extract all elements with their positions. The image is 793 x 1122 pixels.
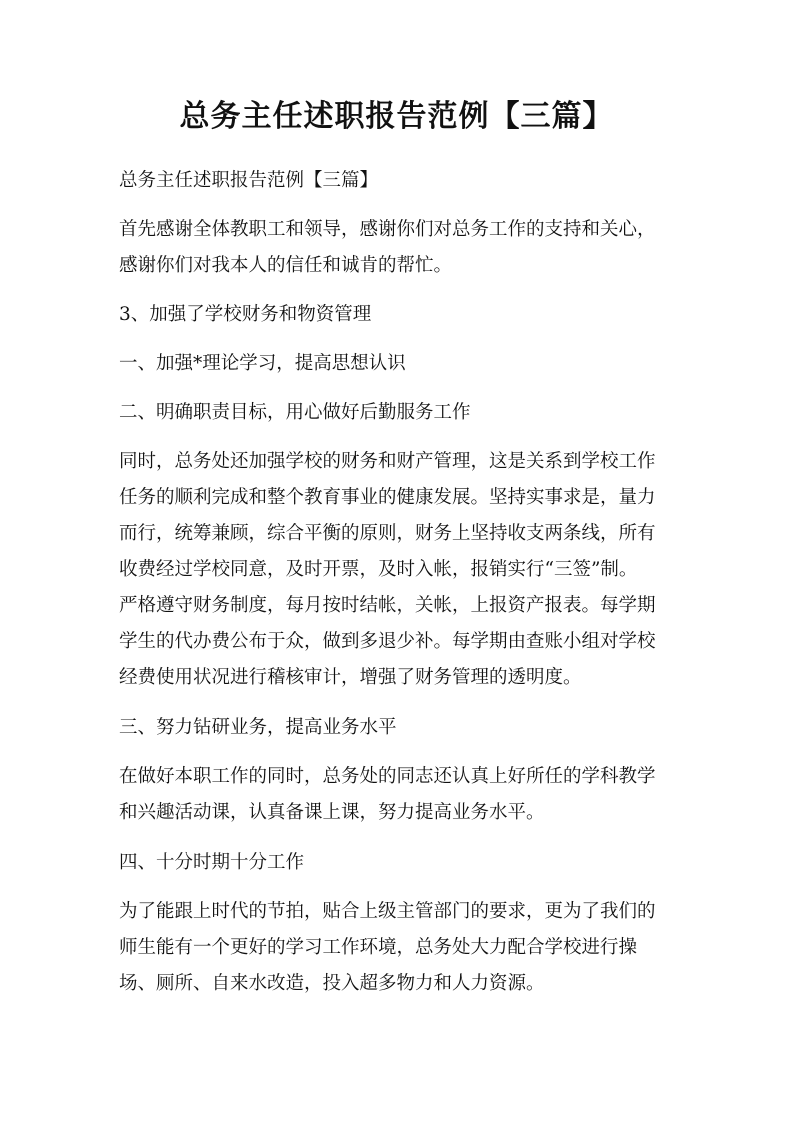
text-line: 经费使用状况进行稽核审计，增强了财务管理的透明度。 bbox=[119, 660, 679, 696]
paragraph-heading-finance: 3、加强了学校财务和物资管理 bbox=[119, 297, 679, 333]
text-line: 3、加强了学校财务和物资管理 bbox=[119, 297, 679, 333]
text-line: 为了能跟上时代的节拍，贴合上级主管部门的要求，更为了我们的 bbox=[119, 894, 679, 930]
text-line: 一、加强*理论学习，提高思想认识 bbox=[119, 346, 679, 382]
paragraph-environment: 为了能跟上时代的节拍，贴合上级主管部门的要求，更为了我们的 师生能有一个更好的学… bbox=[119, 894, 679, 1002]
text-line: 和兴趣活动课，认真备课上课，努力提高业务水平。 bbox=[119, 795, 679, 831]
text-line: 总务主任述职报告范例【三篇】 bbox=[119, 163, 679, 199]
text-line: 首先感谢全体教职工和领导，感谢你们对总务工作的支持和关心， bbox=[119, 212, 679, 248]
paragraph-thanks: 首先感谢全体教职工和领导，感谢你们对总务工作的支持和关心， 感谢你们对我本人的信… bbox=[119, 212, 679, 284]
text-line: 三、努力钻研业务，提高业务水平 bbox=[119, 710, 679, 746]
section-heading-1: 一、加强*理论学习，提高思想认识 bbox=[119, 346, 679, 382]
text-line: 收费经过学校同意，及时开票，及时入帐，报销实行“三签”制。 bbox=[119, 552, 679, 588]
document-title: 总务主任述职报告范例【三篇】 bbox=[0, 95, 793, 139]
section-heading-3: 三、努力钻研业务，提高业务水平 bbox=[119, 710, 679, 746]
text-line: 同时，总务处还加强学校的财务和财产管理，这是关系到学校工作 bbox=[119, 444, 679, 480]
document-subtitle: 总务主任述职报告范例【三篇】 bbox=[119, 163, 679, 199]
text-line: 二、明确职责目标，用心做好后勤服务工作 bbox=[119, 395, 679, 431]
paragraph-finance-management: 同时，总务处还加强学校的财务和财产管理，这是关系到学校工作 任务的顺利完成和整个… bbox=[119, 444, 679, 696]
section-heading-2: 二、明确职责目标，用心做好后勤服务工作 bbox=[119, 395, 679, 431]
section-heading-4: 四、十分时期十分工作 bbox=[119, 845, 679, 881]
text-line: 严格遵守财务制度，每月按时结帐，关帐，上报资产报表。每学期 bbox=[119, 588, 679, 624]
text-line: 任务的顺利完成和整个教育事业的健康发展。坚持实事求是，量力 bbox=[119, 480, 679, 516]
text-line: 在做好本职工作的同时，总务处的同志还认真上好所任的学科教学 bbox=[119, 759, 679, 795]
text-line: 而行，统筹兼顾，综合平衡的原则，财务上坚持收支两条线，所有 bbox=[119, 516, 679, 552]
text-line: 师生能有一个更好的学习工作环境，总务处大力配合学校进行操 bbox=[119, 930, 679, 966]
text-line: 感谢你们对我本人的信任和诚肯的帮忙。 bbox=[119, 248, 679, 284]
text-line: 学生的代办费公布于众，做到多退少补。每学期由查账小组对学校 bbox=[119, 624, 679, 660]
text-line: 场、厕所、自来水改造，投入超多物力和人力资源。 bbox=[119, 966, 679, 1002]
paragraph-business-level: 在做好本职工作的同时，总务处的同志还认真上好所任的学科教学 和兴趣活动课，认真备… bbox=[119, 759, 679, 831]
document-page: 总务主任述职报告范例【三篇】 总务主任述职报告范例【三篇】 首先感谢全体教职工和… bbox=[0, 0, 793, 1122]
text-line: 四、十分时期十分工作 bbox=[119, 845, 679, 881]
